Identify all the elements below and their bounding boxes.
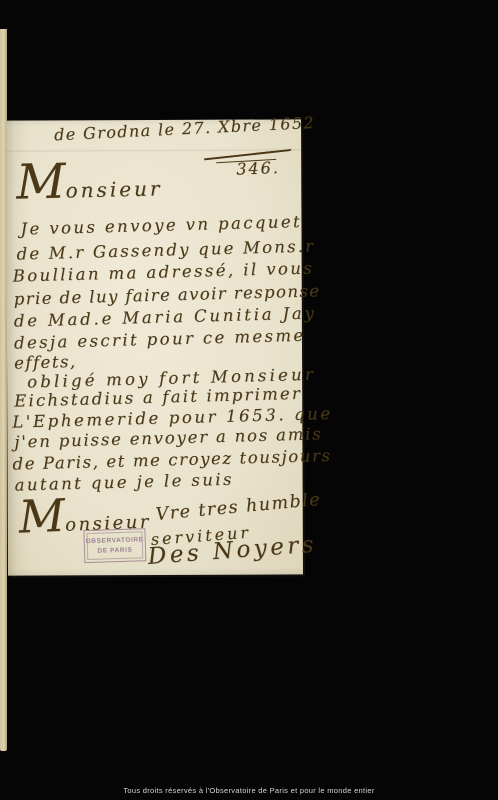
letter-page: de Grodna le 27. Xbre 1652 346. Monsieur… (6, 119, 303, 575)
stamp-text: DE PARIS (97, 545, 132, 556)
dateline: de Grodna le 27. Xbre 1652 (54, 113, 316, 145)
manuscript-line: Boullian ma adressé, il vous (12, 258, 314, 285)
scanned-letter-view: de Grodna le 27. Xbre 1652 346. Monsieur… (0, 0, 498, 800)
salutation: Monsieur (16, 155, 163, 206)
manuscript-line: desja escrit pour ce mesme (14, 326, 306, 353)
observatoire-stamp: OBSERVATOIRE DE PARIS (83, 528, 146, 563)
folio-number: 346. (236, 158, 280, 179)
valediction-line: Vre tres humble (155, 490, 322, 525)
copyright-caption: Tous droits réservés à l'Observatoire de… (0, 786, 498, 795)
manuscript-line: Je vous envoye vn pacquet (20, 212, 302, 239)
manuscript-line: effets, (14, 352, 77, 373)
